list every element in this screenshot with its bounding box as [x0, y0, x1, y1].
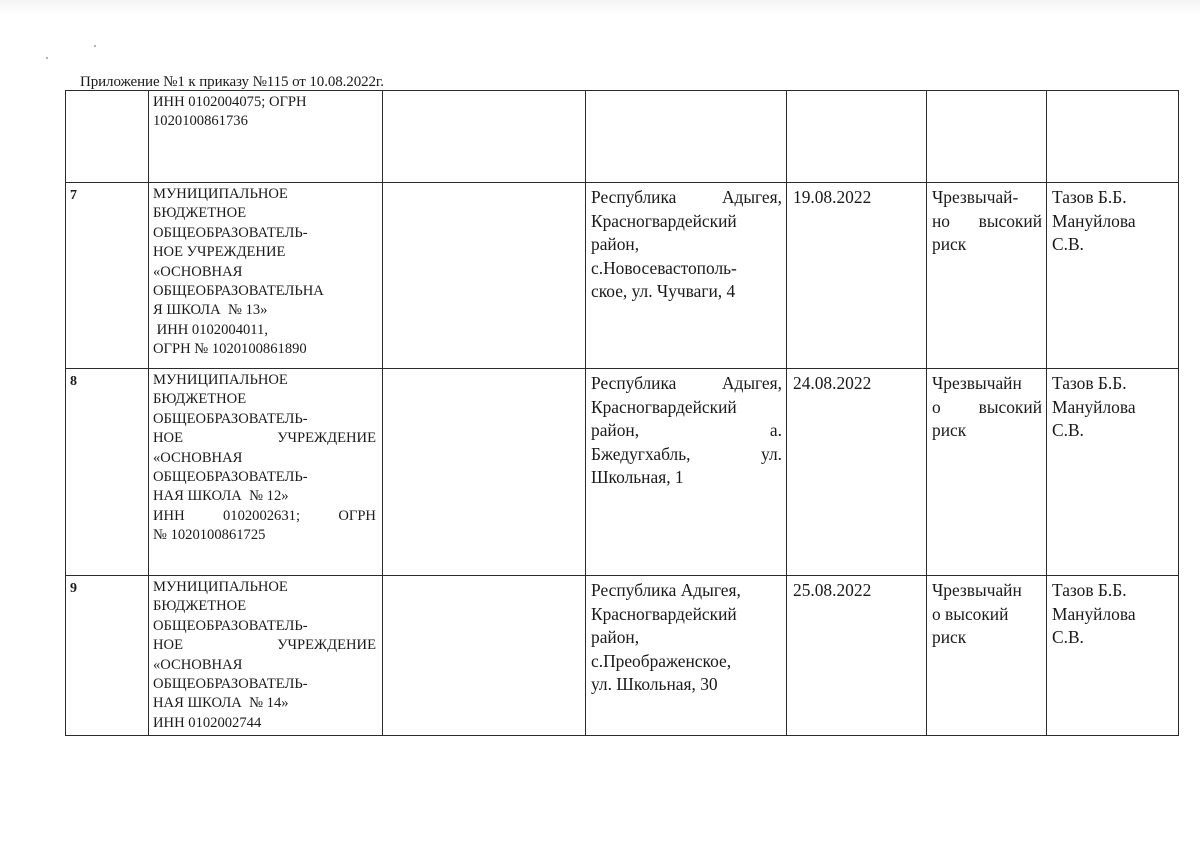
- cell-organization: МУНИЦИПАЛЬНОЕБЮДЖЕТНОЕОБЩЕОБРАЗОВАТЕЛЬ-Н…: [149, 576, 383, 736]
- cell-date: 25.08.2022: [787, 576, 927, 736]
- text-line: Чрезвычайн: [932, 579, 1042, 603]
- address-text: Республика Адыгея,Красногвардейскийрайон…: [586, 576, 786, 697]
- table-row: 7 МУНИЦИПАЛЬНОЕБЮДЖЕТНОЕОБЩЕОБРАЗОВАТЕЛЬ…: [66, 183, 1179, 369]
- text-line: о высокий: [932, 603, 1042, 627]
- text-line: ИНН 0102004075; ОГРН: [153, 93, 376, 112]
- text-line: ОБЩЕОБРАЗОВАТЕЛЬ-: [153, 410, 376, 429]
- cell-risk: [927, 91, 1047, 183]
- inspection-schedule-table: ИНН 0102004075; ОГРН1020100861736 7 МУНИ…: [65, 90, 1179, 736]
- text-line: С.В.: [1052, 419, 1174, 443]
- cell-number: 7: [66, 183, 149, 369]
- cell-date: 19.08.2022: [787, 183, 927, 369]
- text-line: район,: [591, 626, 782, 650]
- cell-risk: Чрезвычай-новысокийриск: [927, 183, 1047, 369]
- text-line: ское, ул. Чучваги, 4: [591, 280, 782, 304]
- cell-number: [66, 91, 149, 183]
- text-line: ОГРН № 1020100861890: [153, 340, 376, 359]
- text-line: Красногвардейский: [591, 210, 782, 234]
- cell-organization: МУНИЦИПАЛЬНОЕБЮДЖЕТНОЕОБЩЕОБРАЗОВАТЕЛЬ-Н…: [149, 369, 383, 576]
- cell-empty: [383, 576, 586, 736]
- text-line: № 1020100861725: [153, 526, 376, 545]
- cell-address: Республика Адыгея,Красногвардейскийрайон…: [586, 576, 787, 736]
- cell-organization: ИНН 0102004075; ОГРН1020100861736: [149, 91, 383, 183]
- appendix-header: Приложение №1 к приказу №115 от 10.08.20…: [80, 74, 384, 91]
- inspectors: [1047, 91, 1178, 94]
- inspectors: Тазов Б.Б.МануйловаС.В.: [1047, 576, 1178, 650]
- scan-speck: [46, 57, 48, 59]
- text-line: овысокий: [932, 396, 1042, 420]
- text-line: с.Новосевастополь-: [591, 257, 782, 281]
- scan-top-edge: [0, 0, 1200, 14]
- text-line: МУНИЦИПАЛЬНОЕ: [153, 578, 376, 597]
- cell-organization: МУНИЦИПАЛЬНОЕБЮДЖЕТНОЕОБЩЕОБРАЗОВАТЕЛЬ-Н…: [149, 183, 383, 369]
- inspection-date: 25.08.2022: [787, 576, 926, 603]
- address-text: РеспубликаАдыгея,Красногвардейскийрайон,…: [586, 369, 786, 490]
- text-line: С.В.: [1052, 233, 1174, 257]
- text-line: ОБЩЕОБРАЗОВАТЕЛЬНА: [153, 282, 376, 301]
- text-line: ОБЩЕОБРАЗОВАТЕЛЬ-: [153, 468, 376, 487]
- text-line: «ОСНОВНАЯ: [153, 449, 376, 468]
- text-line: Красногвардейский: [591, 603, 782, 627]
- text-line: Чрезвычай-: [932, 186, 1042, 210]
- text-line: ИНН 0102004011,: [153, 321, 376, 340]
- text-line: БЮДЖЕТНОЕ: [153, 204, 376, 223]
- risk-category: Чрезвычай-новысокийриск: [927, 183, 1046, 257]
- cell-risk: Чрезвычайно высокийриск: [927, 576, 1047, 736]
- address-text: РеспубликаАдыгея,Красногвардейскийрайон,…: [586, 183, 786, 304]
- cell-date: [787, 91, 927, 183]
- text-line: риск: [932, 419, 1042, 443]
- inspection-date: 24.08.2022: [787, 369, 926, 396]
- text-line: «ОСНОВНАЯ: [153, 263, 376, 282]
- table-row: 8 МУНИЦИПАЛЬНОЕБЮДЖЕТНОЕОБЩЕОБРАЗОВАТЕЛЬ…: [66, 369, 1179, 576]
- risk-category: Чрезвычайновысокийриск: [927, 369, 1046, 443]
- org-text: ИНН 0102004075; ОГРН1020100861736: [149, 91, 382, 132]
- inspection-date: [787, 91, 926, 94]
- text-line: риск: [932, 233, 1042, 257]
- text-line: Тазов Б.Б.: [1052, 372, 1174, 396]
- text-line: ОБЩЕОБРАЗОВАТЕЛЬ-: [153, 675, 376, 694]
- text-line: с.Преображенское,: [591, 650, 782, 674]
- text-line: Республика Адыгея,: [591, 579, 782, 603]
- inspectors: Тазов Б.Б.МануйловаС.В.: [1047, 183, 1178, 257]
- address-text: [586, 91, 786, 94]
- text-line: ОБЩЕОБРАЗОВАТЕЛЬ-: [153, 224, 376, 243]
- text-line: Мануйлова: [1052, 603, 1174, 627]
- cell-date: 24.08.2022: [787, 369, 927, 576]
- text-line: Тазов Б.Б.: [1052, 186, 1174, 210]
- cell-number: 8: [66, 369, 149, 576]
- text-line: 1020100861736: [153, 112, 376, 131]
- text-line: НАЯ ШКОЛА № 12»: [153, 487, 376, 506]
- text-line: ОБЩЕОБРАЗОВАТЕЛЬ-: [153, 617, 376, 636]
- cell-inspectors: Тазов Б.Б.МануйловаС.В.: [1047, 369, 1179, 576]
- risk-category: [927, 91, 1046, 94]
- text-line: Тазов Б.Б.: [1052, 579, 1174, 603]
- text-line: риск: [932, 626, 1042, 650]
- org-text: МУНИЦИПАЛЬНОЕБЮДЖЕТНОЕОБЩЕОБРАЗОВАТЕЛЬ-Н…: [149, 183, 382, 360]
- cell-inspectors: Тазов Б.Б.МануйловаС.В.: [1047, 576, 1179, 736]
- cell-risk: Чрезвычайновысокийриск: [927, 369, 1047, 576]
- text-line: РеспубликаАдыгея,: [591, 372, 782, 396]
- text-line: Я ШКОЛА № 13»: [153, 301, 376, 320]
- risk-category: Чрезвычайно высокийриск: [927, 576, 1046, 650]
- cell-inspectors: [1047, 91, 1179, 183]
- inspection-date: 19.08.2022: [787, 183, 926, 210]
- org-text: МУНИЦИПАЛЬНОЕБЮДЖЕТНОЕОБЩЕОБРАЗОВАТЕЛЬ-Н…: [149, 576, 382, 733]
- cell-address: [586, 91, 787, 183]
- cell-inspectors: Тазов Б.Б.МануйловаС.В.: [1047, 183, 1179, 369]
- text-line: «ОСНОВНАЯ: [153, 656, 376, 675]
- text-line: ул. Школьная, 30: [591, 673, 782, 697]
- text-line: БЮДЖЕТНОЕ: [153, 390, 376, 409]
- text-line: БЮДЖЕТНОЕ: [153, 597, 376, 616]
- text-line: НОЕУЧРЕЖДЕНИЕ: [153, 636, 376, 655]
- table-row: ИНН 0102004075; ОГРН1020100861736: [66, 91, 1179, 183]
- text-line: МУНИЦИПАЛЬНОЕ: [153, 185, 376, 204]
- text-line: ИНН 0102002744: [153, 714, 376, 733]
- cell-empty: [383, 369, 586, 576]
- scan-speck: [94, 45, 96, 47]
- text-line: РеспубликаАдыгея,: [591, 186, 782, 210]
- text-line: район,а.: [591, 419, 782, 443]
- text-line: МУНИЦИПАЛЬНОЕ: [153, 371, 376, 390]
- table-row: 9 МУНИЦИПАЛЬНОЕБЮДЖЕТНОЕОБЩЕОБРАЗОВАТЕЛЬ…: [66, 576, 1179, 736]
- text-line: ИНН0102002631;ОГРН: [153, 507, 376, 526]
- text-line: Чрезвычайн: [932, 372, 1042, 396]
- text-line: Бжедугхабль,ул.: [591, 443, 782, 467]
- text-line: Мануйлова: [1052, 396, 1174, 420]
- text-line: район,: [591, 233, 782, 257]
- text-line: Мануйлова: [1052, 210, 1174, 234]
- text-line: НОЕ УЧРЕЖДЕНИЕ: [153, 243, 376, 262]
- org-text: МУНИЦИПАЛЬНОЕБЮДЖЕТНОЕОБЩЕОБРАЗОВАТЕЛЬ-Н…: [149, 369, 382, 546]
- text-line: С.В.: [1052, 626, 1174, 650]
- text-line: Школьная, 1: [591, 466, 782, 490]
- text-line: НОЕУЧРЕЖДЕНИЕ: [153, 429, 376, 448]
- cell-address: РеспубликаАдыгея,Красногвардейскийрайон,…: [586, 183, 787, 369]
- text-line: Красногвардейский: [591, 396, 782, 420]
- cell-empty: [383, 183, 586, 369]
- cell-number: 9: [66, 576, 149, 736]
- cell-empty: [383, 91, 586, 183]
- text-line: НАЯ ШКОЛА № 14»: [153, 694, 376, 713]
- text-line: новысокий: [932, 210, 1042, 234]
- cell-address: РеспубликаАдыгея,Красногвардейскийрайон,…: [586, 369, 787, 576]
- inspectors: Тазов Б.Б.МануйловаС.В.: [1047, 369, 1178, 443]
